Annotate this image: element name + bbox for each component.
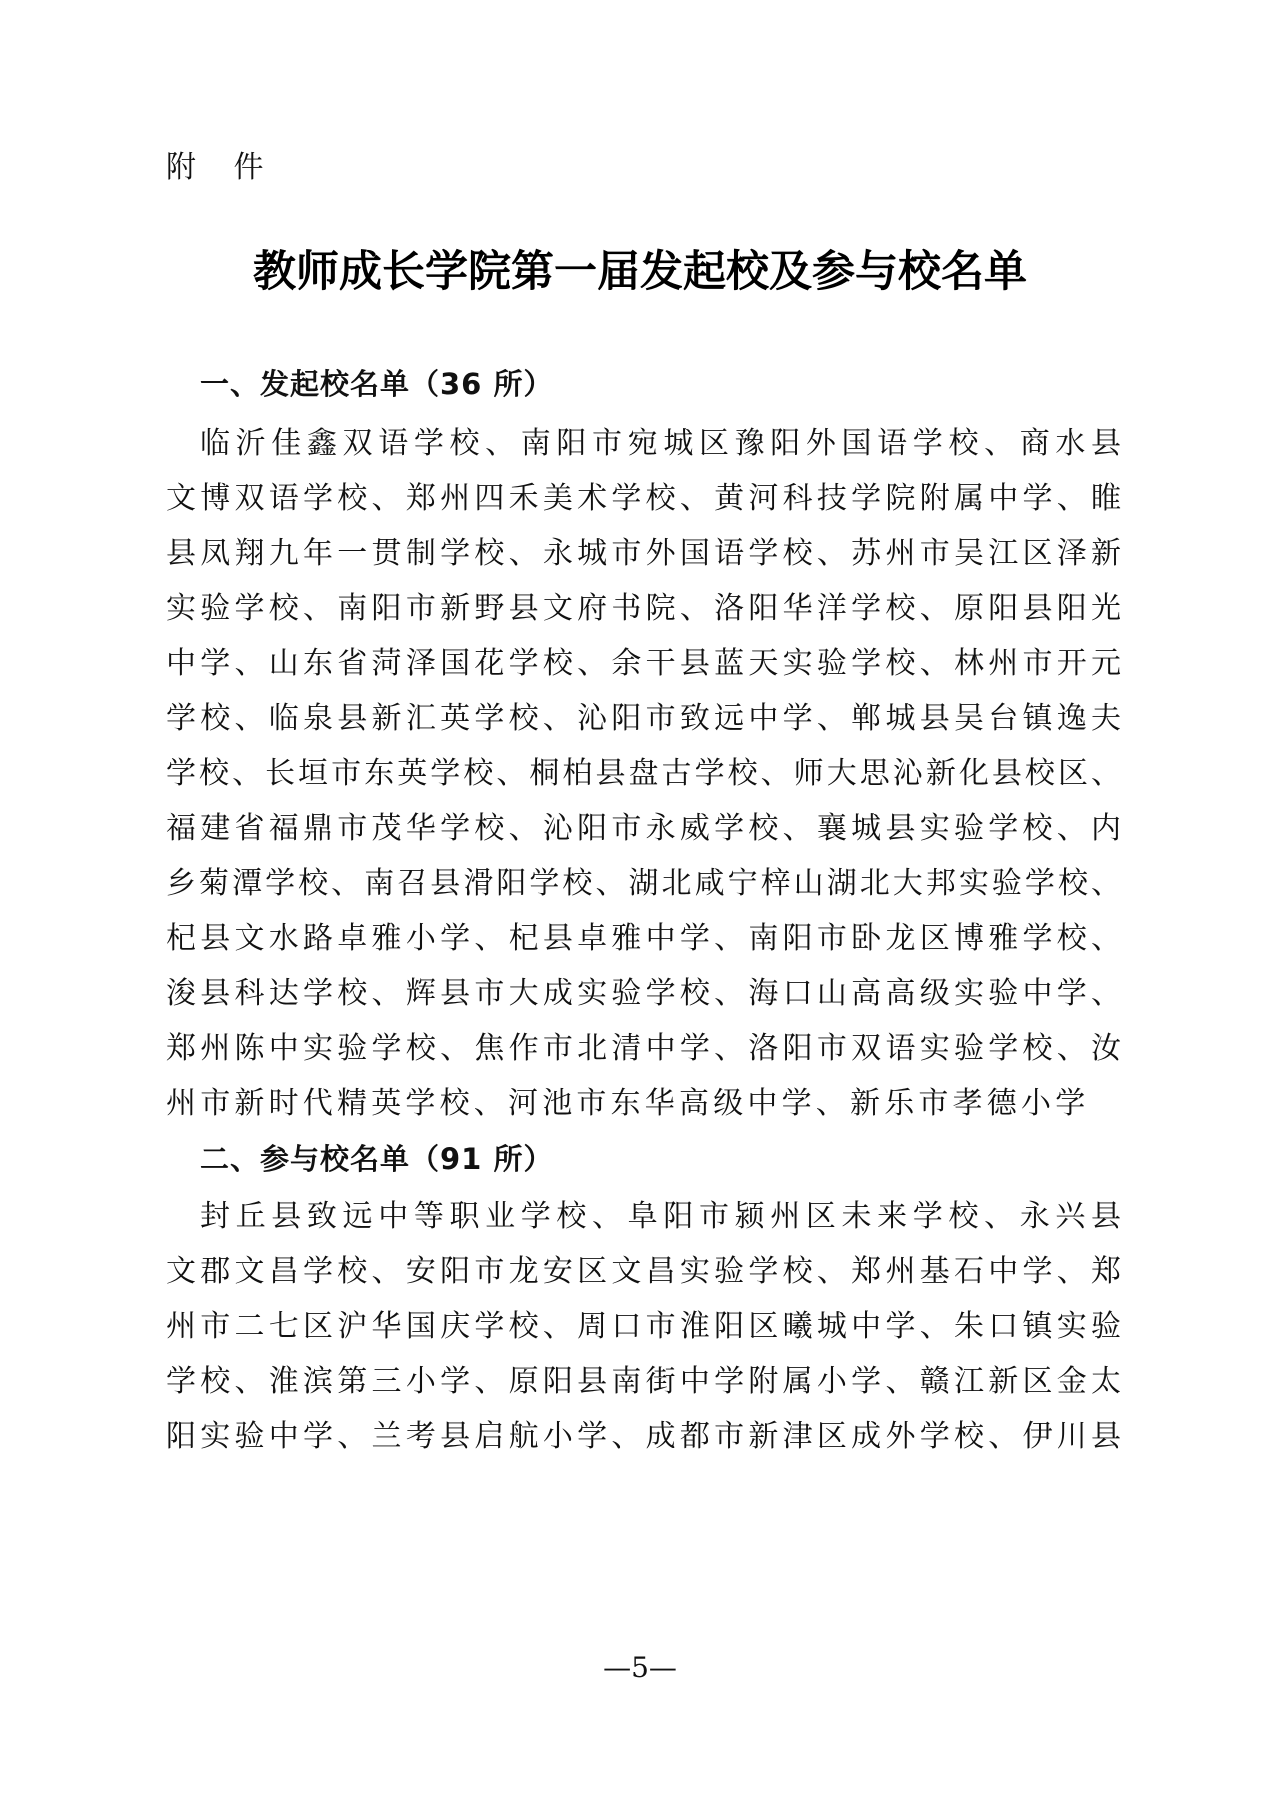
document-page: 附 件 教师成长学院第一届发起校及参与校名单 一、发起校名单（36 所） 临沂佳… <box>0 0 1280 1811</box>
page-number: —5— <box>0 1651 1280 1684</box>
founding-list-line: 学校、长垣市东英学校、桐柏县盘古学校、师大思沁新化县校区、 <box>166 748 1121 792</box>
founding-list-line: 乡菊潭学校、南召县滑阳学校、湖北咸宁梓山湖北大邦实验学校、 <box>166 858 1121 902</box>
founding-list-line: 县凤翔九年一贯制学校、永城市外国语学校、苏州市吴江区泽新 <box>166 528 1121 572</box>
founding-list-line: 杞县文水路卓雅小学、杞县卓雅中学、南阳市卧龙区博雅学校、 <box>166 913 1121 957</box>
founding-list-line: 实验学校、南阳市新野县文府书院、洛阳华洋学校、原阳县阳光 <box>166 583 1121 627</box>
founding-list-line: 浚县科达学校、辉县市大成实验学校、海口山高高级实验中学、 <box>166 968 1121 1012</box>
participating-list-line: 封丘县致远中等职业学校、阜阳市颍州区未来学校、永兴县 <box>200 1191 1121 1235</box>
participating-list-line: 阳实验中学、兰考县启航小学、成都市新津区成外学校、伊川县 <box>166 1411 1121 1455</box>
founding-list-line: 中学、山东省菏泽国花学校、余干县蓝天实验学校、林州市开元 <box>166 638 1121 682</box>
attachment-label: 附 件 <box>166 142 278 186</box>
founding-list-line: 福建省福鼎市茂华学校、沁阳市永威学校、襄城县实验学校、内 <box>166 803 1121 847</box>
founding-list-line: 文博双语学校、郑州四禾美术学校、黄河科技学院附属中学、睢 <box>166 473 1121 517</box>
founding-list-line: 州市新时代精英学校、河池市东华高级中学、新乐市孝德小学 <box>166 1078 1121 1122</box>
section-heading-founding-schools: 一、发起校名单（36 所） <box>200 362 553 403</box>
participating-list-line: 学校、淮滨第三小学、原阳县南街中学附属小学、赣江新区金太 <box>166 1356 1121 1400</box>
founding-list-line: 学校、临泉县新汇英学校、沁阳市致远中学、郸城县吴台镇逸夫 <box>166 693 1121 737</box>
section-heading-participating-schools: 二、参与校名单（91 所） <box>200 1137 553 1178</box>
participating-list-line: 州市二七区沪华国庆学校、周口市淮阳区曦城中学、朱口镇实验 <box>166 1301 1121 1345</box>
founding-list-line: 临沂佳鑫双语学校、南阳市宛城区豫阳外国语学校、商水县 <box>200 418 1121 462</box>
page-title: 教师成长学院第一届发起校及参与校名单 <box>0 238 1280 299</box>
founding-list-line: 郑州陈中实验学校、焦作市北清中学、洛阳市双语实验学校、汝 <box>166 1023 1121 1067</box>
participating-list-line: 文郡文昌学校、安阳市龙安区文昌实验学校、郑州基石中学、郑 <box>166 1246 1121 1290</box>
